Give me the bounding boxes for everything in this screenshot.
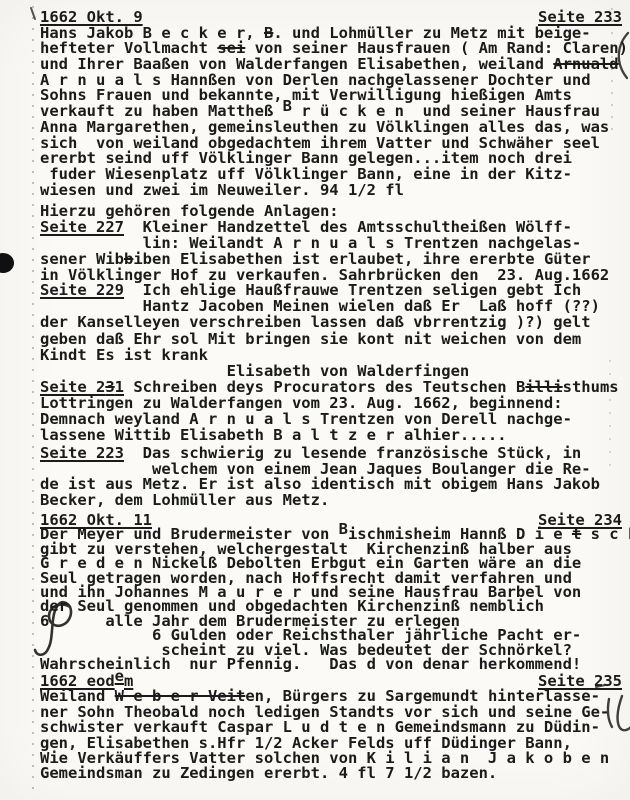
text-segment: sthums: [563, 378, 619, 396]
text-segment: s c h: [581, 525, 630, 543]
text-line: Elisabeth von Walderfingen: [40, 363, 622, 379]
text-segment: Becker, dem Lohmüller aus Metz.: [40, 491, 329, 509]
entry-date-segment: e: [115, 669, 124, 684]
anlage-seite-229: Seite 229 Ich ehlige Haußfrauwe Trentzen…: [40, 282, 622, 379]
text-segment: wiesen und zwei im Neuweiler. 94 1/2 fl: [40, 181, 404, 199]
text-line: Gemeindsman zu Zedingen ererbt. 4 fl 7 1…: [40, 766, 622, 781]
text-segment: t: [572, 525, 581, 543]
text-line: Wahrscheinlich nur Pfennig. Das d von de…: [40, 657, 622, 671]
text-line: lassene Wittib Elisabeth B a l t z e r a…: [40, 428, 622, 444]
anlage-seite-223: Seite 223 Das schwierig zu lesende franz…: [40, 446, 622, 508]
text-line: Kindt Es ist krank: [40, 347, 622, 363]
entry-1662-okt-9: 1662 Okt. 9Seite 233Hans Jakob B e c k e…: [40, 10, 622, 198]
text-line: Seite 227 Kleiner Handzettel des Amtssch…: [40, 219, 622, 235]
text-line: sener Wibbiben Elisabethen ist erlaubet,…: [40, 251, 622, 267]
entry-1662-okt-11: 1662 Okt. 11Seite 234Der Meyer und Brude…: [40, 513, 622, 671]
text-line: Becker, dem Lohmüller aus Metz.: [40, 493, 622, 509]
text-line: der Kanselleyen verschreiben lassen daß …: [40, 314, 622, 330]
text-line: Hierzu gehören folgende Anlagen:: [40, 203, 622, 219]
text-segment: B: [339, 522, 348, 536]
text-line: lin: Weilandt A r n u a l s Trentzen nac…: [40, 235, 622, 251]
entry-1662-eodem: 1662 eodemSeite 235Weiland W e b e r Vei…: [40, 674, 622, 782]
text-line: Seite 229 Ich ehlige Haußfrauwe Trentzen…: [40, 282, 622, 298]
anlagen-intro-seite-227: Hierzu gehören folgende Anlagen:Seite 22…: [40, 203, 622, 283]
text-segment: Gemeindsman zu Zedingen ererbt. 4 fl 7 1…: [40, 764, 497, 782]
anlage-seite-231: Seite 231 Schreiben deys Procurators des…: [40, 380, 622, 444]
text-segment: B: [283, 99, 292, 115]
text-segment: lassene Wittib Elisabeth B a l t z e r a…: [40, 426, 507, 444]
text-line: wiesen und zwei im Neuweiler. 94 1/2 fl: [40, 183, 622, 199]
document-scan-page: 1662 Okt. 9Seite 233Hans Jakob B e c k e…: [0, 0, 630, 800]
text-line: geben daß Ehr sol Mit bringen sie kont n…: [40, 331, 622, 347]
text-line: Hantz Jacoben Meinen wielen daß Er Laß h…: [40, 298, 622, 314]
document-text: 1662 Okt. 9Seite 233Hans Jakob B e c k e…: [0, 0, 630, 800]
